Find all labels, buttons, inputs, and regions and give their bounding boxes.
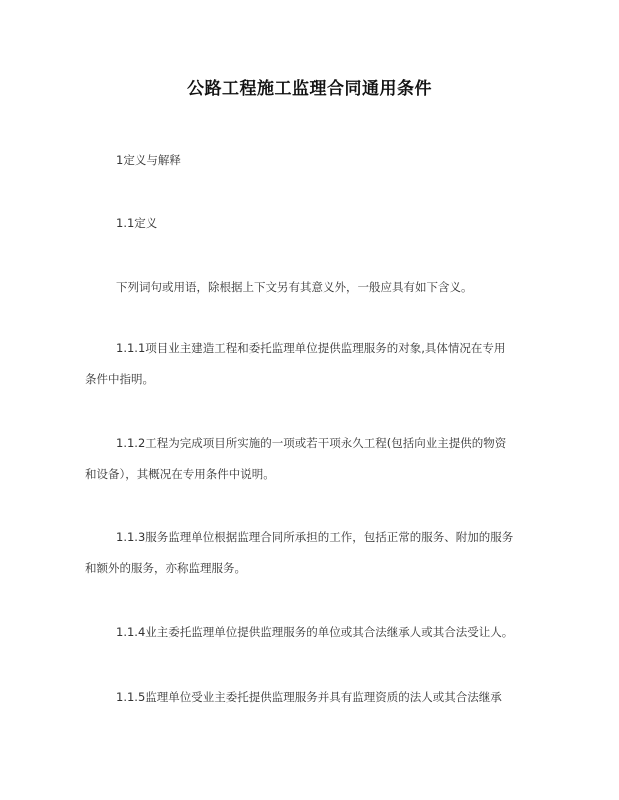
clause-1-1-5: 1.1.5监理单位受业主委托提供监理服务并具有监理资质的法人或其合法继承 [85,682,535,713]
clause-line: 1.1.3服务监理单位根据监理合同所承担的工作，包括正常的服务、附加的服务 [85,522,535,553]
clause-line: 和额外的服务，亦称监理服务。 [85,553,535,584]
clause-line: 1.1.1项目业主建造工程和委托监理单位提供监理服务的对象,具体情况在专用 [85,333,535,364]
intro-paragraph: 下列词句或用语，除根据上下文另有其意义外，一般应具有如下含义。 [116,279,473,295]
clause-line: 1.1.5监理单位受业主委托提供监理服务并具有监理资质的法人或其合法继承 [85,682,535,713]
clause-1-1-2: 1.1.2工程为完成项目所实施的一项或若干项永久工程(包括向业主提供的物资 和设… [85,428,535,490]
clause-line: 1.1.2工程为完成项目所实施的一项或若干项永久工程(包括向业主提供的物资 [85,428,535,459]
section-heading: 1定义与解释 [116,152,181,168]
subsection-heading: 1.1定义 [116,215,157,231]
clause-line: 1.1.4业主委托监理单位提供监理服务的单位或其合法继承人或其合法受让人。 [85,617,535,648]
document-page: 公路工程施工监理合同通用条件 1定义与解释 1.1定义 下列词句或用语，除根据上… [0,0,619,800]
clause-1-1-1: 1.1.1项目业主建造工程和委托监理单位提供监理服务的对象,具体情况在专用 条件… [85,333,535,395]
clause-line: 和设备），其概况在专用条件中说明。 [85,459,535,490]
clause-1-1-3: 1.1.3服务监理单位根据监理合同所承担的工作，包括正常的服务、附加的服务 和额… [85,522,535,584]
clause-1-1-4: 1.1.4业主委托监理单位提供监理服务的单位或其合法继承人或其合法受让人。 [85,617,535,648]
clause-line: 条件中指明。 [85,364,535,395]
document-title: 公路工程施工监理合同通用条件 [0,74,619,99]
